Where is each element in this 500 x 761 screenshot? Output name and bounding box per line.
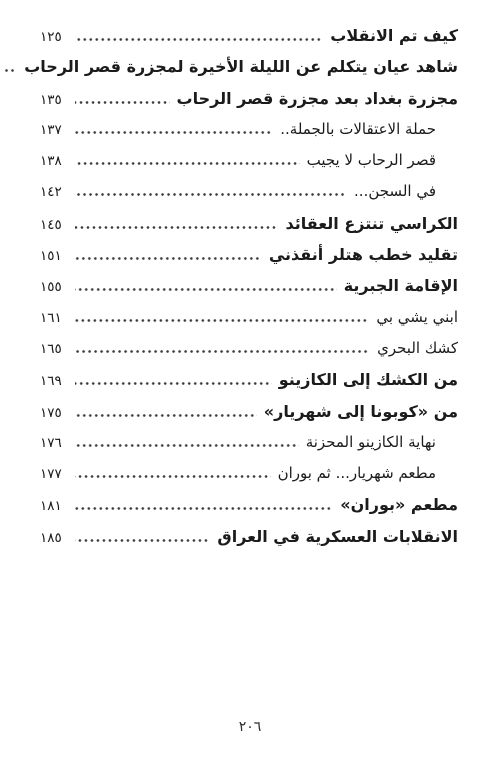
dotted-leader <box>75 475 271 478</box>
dotted-leader <box>75 193 347 196</box>
dotted-leader <box>75 162 300 165</box>
toc-entry-title: الكراسي تنتزع العقائد <box>285 214 458 233</box>
toc-entry-title: الانقلابات العسكرية في العراق <box>217 527 458 546</box>
book-page: كيف تم الانقلاب ١٢٥ شاهد عيان يتكلم عن ا… <box>0 0 500 761</box>
toc-entry: الكراسي تنتزع العقائد ١٤٥ <box>40 214 458 245</box>
toc-entry-page-number: ١٤٥ <box>40 217 68 233</box>
toc-entry: الإقامة الجبرية ١٥٥ <box>40 276 458 307</box>
toc-entry: ابني يشي بي ١٦١ <box>40 308 458 339</box>
toc-entry-title: تقليد خطب هتلر أنقذني <box>269 245 458 264</box>
dotted-leader <box>75 382 272 385</box>
toc-entry: قصر الرحاب لا يجيب ١٣٨ <box>40 151 458 182</box>
toc-entry-page-number: ١٥١ <box>40 248 68 264</box>
toc-entry-page-number: ١٢٥ <box>40 29 68 45</box>
toc-entry-title: الإقامة الجبرية <box>344 276 458 295</box>
toc-entry: شاهد عيان يتكلم عن الليلة الأخيرة لمجزرة… <box>40 57 458 88</box>
dotted-leader <box>75 101 170 104</box>
toc-entry: نهاية الكازينو المحزنة ١٧٦ <box>40 433 458 464</box>
toc-entry-title: كيف تم الانقلاب <box>330 26 458 45</box>
toc-entry-title: شاهد عيان يتكلم عن الليلة الأخيرة لمجزرة… <box>24 57 458 76</box>
toc-entry-title: من الكشك إلى الكازينو <box>279 370 458 389</box>
page-number: ٢٠٦ <box>0 719 500 735</box>
toc-entry-page-number: ١٣٨ <box>40 153 68 169</box>
dotted-leader <box>75 319 369 322</box>
toc-entry: حملة الاعتقالات بالجملة.. ١٣٧ <box>40 120 458 151</box>
toc-entry-title: نهاية الكازينو المحزنة <box>306 433 436 451</box>
toc-entry: الانقلابات العسكرية في العراق ١٨٥ <box>40 527 458 558</box>
toc-entry-title: في السجن... <box>354 182 436 200</box>
dotted-leader <box>75 257 262 260</box>
dotted-leader <box>75 444 299 447</box>
toc-entry-page-number: ١٨٥ <box>40 530 68 546</box>
dotted-leader <box>75 539 210 542</box>
dotted-leader <box>75 131 273 134</box>
toc-entry: من «كوبونا إلى شهريار» ١٧٥ <box>40 402 458 433</box>
toc-entry: كيف تم الانقلاب ١٢٥ <box>40 26 458 57</box>
toc-entry: كشك البحري ١٦٥ <box>40 339 458 370</box>
toc-entry-title: مطعم «بوران» <box>340 495 458 514</box>
toc-entry-title: كشك البحري <box>377 339 458 357</box>
toc-entry-page-number: ١٧٥ <box>40 405 68 421</box>
toc-entry: مطعم «بوران» ١٨١ <box>40 495 458 526</box>
toc-entry: مجزرة بغداد بعد مجزرة قصر الرحاب ١٣٥ <box>40 89 458 120</box>
toc-entry-title: حملة الاعتقالات بالجملة.. <box>280 120 436 138</box>
toc-entry: في السجن... ١٤٢ <box>40 182 458 213</box>
toc-entry-page-number: ١٦١ <box>40 310 68 326</box>
dotted-leader <box>75 288 337 291</box>
toc-entry-page-number: ١٦٥ <box>40 341 68 357</box>
toc-entry-page-number: ١٤٢ <box>40 184 68 200</box>
dotted-leader <box>75 350 370 353</box>
dotted-leader <box>75 38 323 41</box>
dotted-leader <box>75 414 257 417</box>
dotted-leader <box>75 507 333 510</box>
dotted-leader <box>3 69 17 72</box>
toc-entry-title: قصر الرحاب لا يجيب <box>307 151 436 169</box>
toc-entry-title: مطعم شهريار... ثم بوران <box>278 464 436 482</box>
toc-entry-page-number: ١٣٥ <box>40 92 68 108</box>
toc-list: كيف تم الانقلاب ١٢٥ شاهد عيان يتكلم عن ا… <box>0 0 500 558</box>
toc-entry-page-number: ١٨١ <box>40 498 68 514</box>
toc-entry-title: مجزرة بغداد بعد مجزرة قصر الرحاب <box>177 89 458 108</box>
toc-entry: تقليد خطب هتلر أنقذني ١٥١ <box>40 245 458 276</box>
toc-entry-page-number: ١٧٧ <box>40 466 68 482</box>
toc-entry: من الكشك إلى الكازينو ١٦٩ <box>40 370 458 401</box>
toc-entry-page-number: ١٣٧ <box>40 122 68 138</box>
dotted-leader <box>75 226 278 229</box>
toc-entry-page-number: ١٧٦ <box>40 435 68 451</box>
toc-entry-page-number: ١٦٩ <box>40 373 68 389</box>
toc-entry-page-number: ١٥٥ <box>40 279 68 295</box>
toc-entry-title: ابني يشي بي <box>376 308 458 326</box>
toc-entry-title: من «كوبونا إلى شهريار» <box>264 402 458 421</box>
toc-entry: مطعم شهريار... ثم بوران ١٧٧ <box>40 464 458 495</box>
